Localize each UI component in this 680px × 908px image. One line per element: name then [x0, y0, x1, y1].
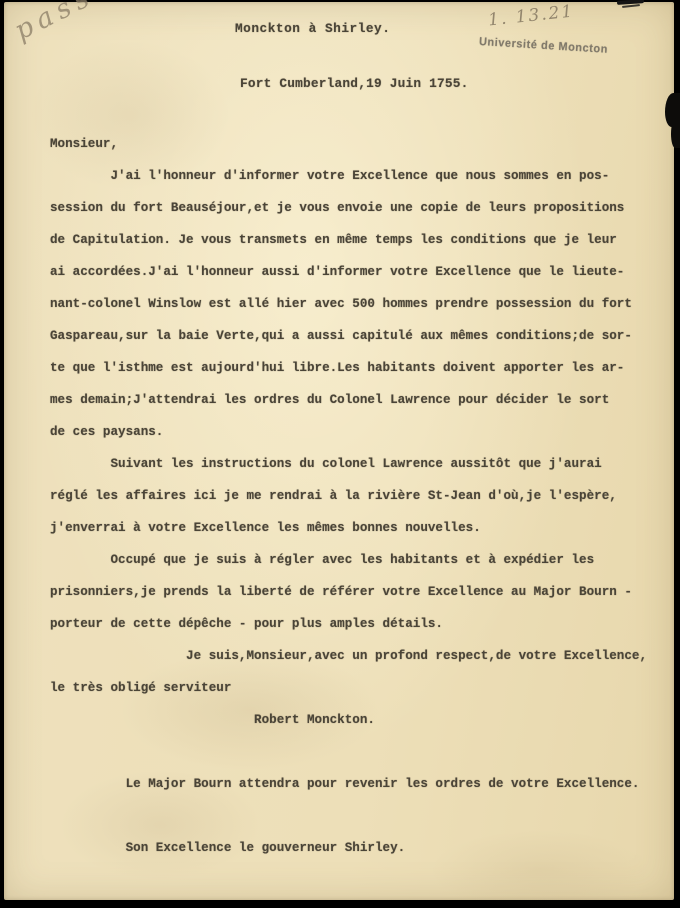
letter-line: réglé les affaires ici je me rendrai à l…: [50, 480, 647, 512]
letter-line: J'ai l'honneur d'informer votre Excellen…: [50, 160, 647, 192]
letter-dateline: Fort Cumberland,19 Juin 1755.: [240, 76, 469, 91]
letter-line: mes demain;J'attendrai les ordres du Col…: [50, 384, 647, 416]
ink-blot-right-edge: [671, 118, 680, 148]
letter-line: le très obligé serviteur: [50, 672, 647, 704]
letter-line: Le Major Bourn attendra pour revenir les…: [50, 768, 647, 800]
letter-line: de Capitulation. Je vous transmets en mê…: [50, 224, 647, 256]
letter-line: j'enverrai à votre Excellence les mêmes …: [50, 512, 647, 544]
letter-body: Monsieur, J'ai l'honneur d'informer votr…: [50, 128, 647, 864]
letter-line: Je suis,Monsieur,avec un profond respect…: [50, 640, 647, 672]
letter-line: Son Excellence le gouverneur Shirley.: [50, 832, 647, 864]
letter-line: ai accordées.J'ai l'honneur aussi d'info…: [50, 256, 647, 288]
letter-title: Monckton à Shirley.: [235, 21, 390, 36]
letter-line: Suivant les instructions du colonel Lawr…: [50, 448, 647, 480]
letter-line: Monsieur,: [50, 128, 647, 160]
letter-line: [50, 736, 647, 768]
letter-line: porteur de cette dépêche - pour plus amp…: [50, 608, 647, 640]
letter-line: de ces paysans.: [50, 416, 647, 448]
letter-line: [50, 800, 647, 832]
letter-line: session du fort Beauséjour,et je vous en…: [50, 192, 647, 224]
letter-line: Gaspareau,sur la baie Verte,qui a aussi …: [50, 320, 647, 352]
letter-line: Robert Monckton.: [50, 704, 647, 736]
scanned-letter-page: à passer 1. 13.21 Université de Moncton …: [0, 0, 680, 908]
letter-line: prisonniers,je prends la liberté de réfé…: [50, 576, 647, 608]
letter-line: te que l'isthme est aujourd'hui libre.Le…: [50, 352, 647, 384]
letter-line: Occupé que je suis à régler avec les hab…: [50, 544, 647, 576]
letter-line: nant-colonel Winslow est allé hier avec …: [50, 288, 647, 320]
